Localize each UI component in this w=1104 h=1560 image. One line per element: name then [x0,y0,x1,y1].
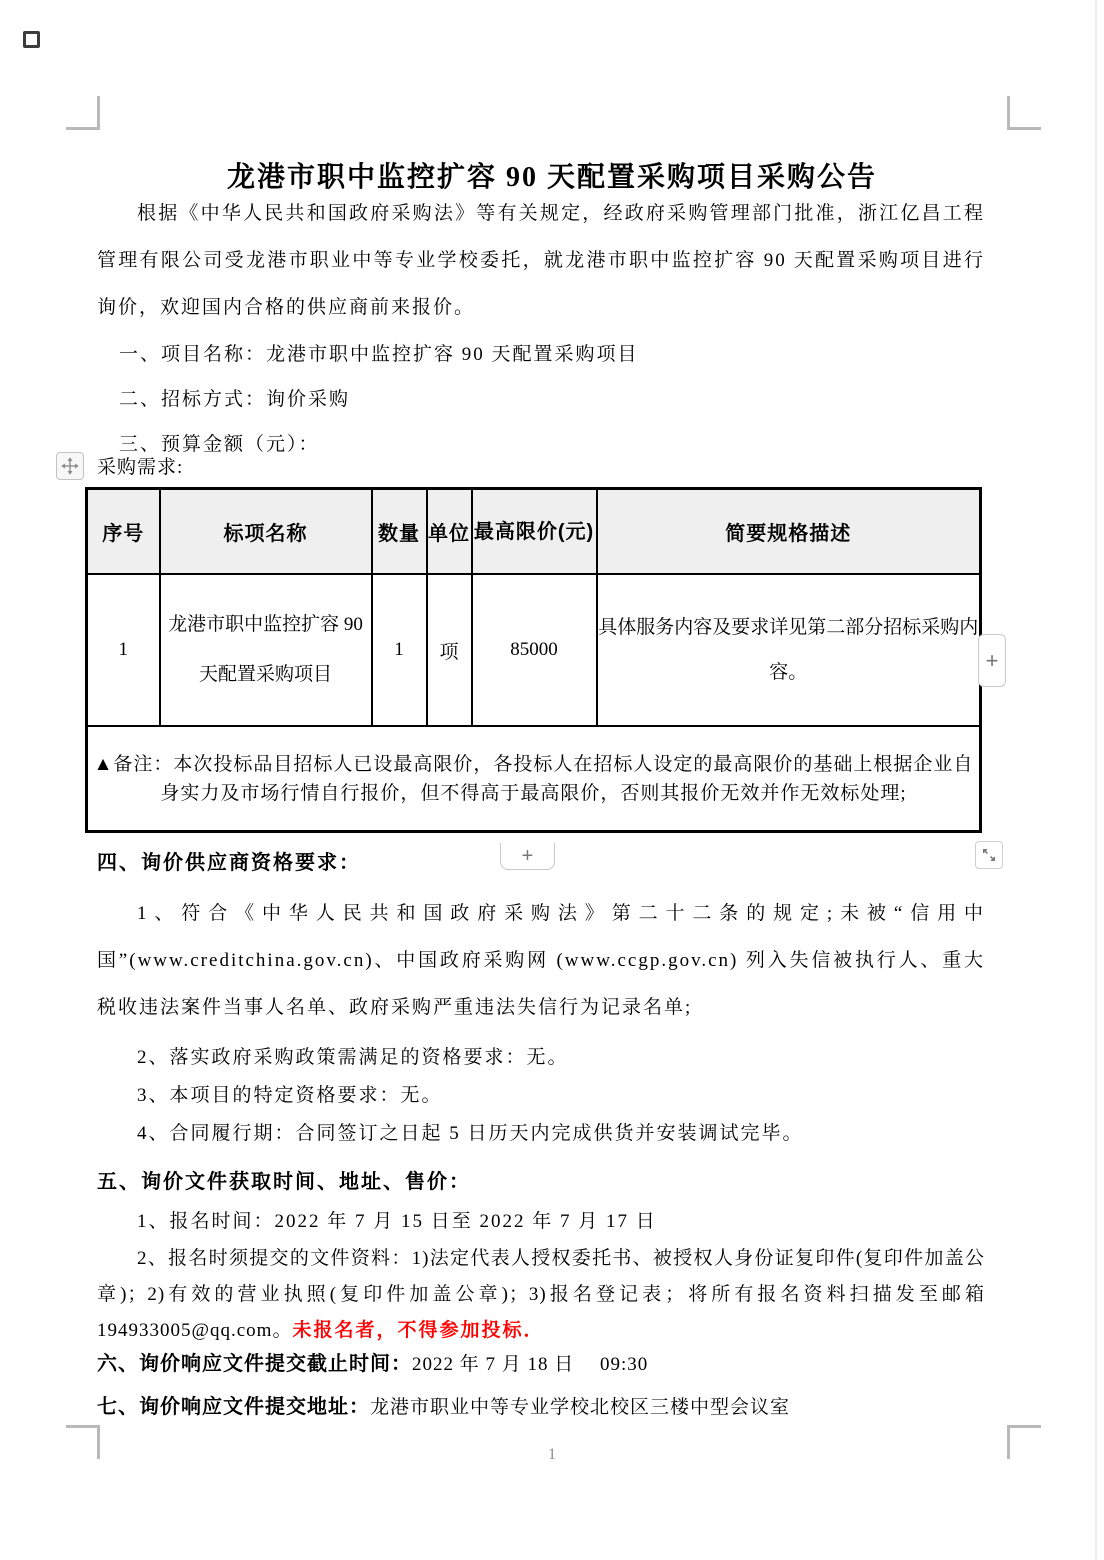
col-header-spec: 简要规格描述 [597,489,981,575]
move-icon [60,456,80,476]
section6-value: 2022 年 7 月 18 日 09:30 [412,1354,648,1375]
section4-paragraph-4: 4、合同履行期：合同签订之日起 5 日历天内完成供货并安装调试完毕。 [97,1115,985,1153]
col-header-quantity: 数量 [372,489,427,575]
col-header-seq: 序号 [87,489,160,575]
cell-max-price: 85000 [472,574,597,726]
section7-heading: 七、询价响应文件提交地址： [97,1396,370,1418]
list-item-project-name: 一、项目名称：龙港市职中监控扩容 90 天配置采购项目 [119,332,639,377]
section6-heading: 六、询价响应文件提交截止时间： [97,1353,412,1375]
section5-heading: 五、询价文件获取时间、地址、售价： [97,1169,985,1195]
col-header-item-name: 标项名称 [160,489,372,575]
document-page: 龙港市职中监控扩容 90 天配置采购项目采购公告 根据《中华人民共和国政府采购法… [0,0,1104,1560]
demand-label: 采购需求: [97,452,183,479]
procurement-table: 序号 标项名称 数量 单位 最高限价(元) 简要规格描述 1 龙港市职中监控扩容… [85,487,982,833]
section4-heading: 四、询价供应商资格要求： [97,850,985,876]
plus-icon: + [986,648,999,674]
table-note-cell: ▲备注：本次投标品目招标人已设最高限价，各投标人在招标人设定的最高限价的基础上根… [87,726,981,832]
numbered-list: 一、项目名称：龙港市职中监控扩容 90 天配置采购项目 二、招标方式：询价采购 … [119,332,639,467]
page-corner-mark-top-right [1007,96,1041,130]
corner-widget-icon[interactable] [23,31,40,48]
document-title: 龙港市职中监控扩容 90 天配置采购项目采购公告 [0,155,1104,195]
table-note-row: ▲备注：本次投标品目招标人已设最高限价，各投标人在招标人设定的最高限价的基础上根… [87,726,981,832]
list-item-budget: 三、预算金额（元）： [119,422,639,467]
page-corner-mark-top-left [66,96,100,130]
section5-paragraph-1: 1、报名时间：2022 年 7 月 15 日至 2022 年 7 月 17 日 [97,1203,985,1241]
cell-quantity: 1 [372,574,427,726]
no-registration-warning: 未报名者，不得参加投标． [292,1320,544,1341]
cell-unit: 项 [427,574,472,726]
section4-paragraph-2: 2、落实政府采购政策需满足的资格要求：无。 [97,1039,985,1077]
section4-paragraph-1: 1、符合《中华人民共和国政府采购法》第二十二条的规定;未被“信用中国”(www.… [97,890,985,1031]
intro-paragraph: 根据《中华人民共和国政府采购法》等有关规定，经政府采购管理部门批准，浙江亿昌工程… [97,190,985,331]
table-move-handle[interactable] [56,452,84,480]
cell-spec: 具体服务内容及要求详见第二部分招标采购内容。 [597,574,981,726]
section7-value: 龙港市职业中等专业学校北校区三楼中型会议室 [370,1397,790,1418]
lower-sections: 四、询价供应商资格要求： 1、符合《中华人民共和国政府采购法》第二十二条的规定;… [97,850,985,1423]
add-row-button[interactable]: + [978,634,1006,687]
col-header-max-price: 最高限价(元) [472,489,597,575]
section7-line: 七、询价响应文件提交地址：龙港市职业中等专业学校北校区三楼中型会议室 [97,1392,985,1423]
table-row: 1 龙港市职中监控扩容 90 天配置采购项目 1 项 85000 具体服务内容及… [87,574,981,726]
cell-item-name: 龙港市职中监控扩容 90 天配置采购项目 [160,574,372,726]
section5-paragraph-2: 2、报名时须提交的文件资料：1)法定代表人授权委托书、被授权人身份证复印件(复印… [97,1241,985,1349]
section4-paragraph-3: 3、本项目的特定资格要求：无。 [97,1077,985,1115]
col-header-unit: 单位 [427,489,472,575]
section6-line: 六、询价响应文件提交截止时间：2022 年 7 月 18 日 09:30 [97,1349,985,1380]
table-header-row: 序号 标项名称 数量 单位 最高限价(元) 简要规格描述 [87,489,981,575]
viewport-edge-divider [1095,0,1097,1560]
cell-seq: 1 [87,574,160,726]
list-item-bid-method: 二、招标方式：询价采购 [119,377,639,422]
page-number: 1 [0,1446,1104,1464]
